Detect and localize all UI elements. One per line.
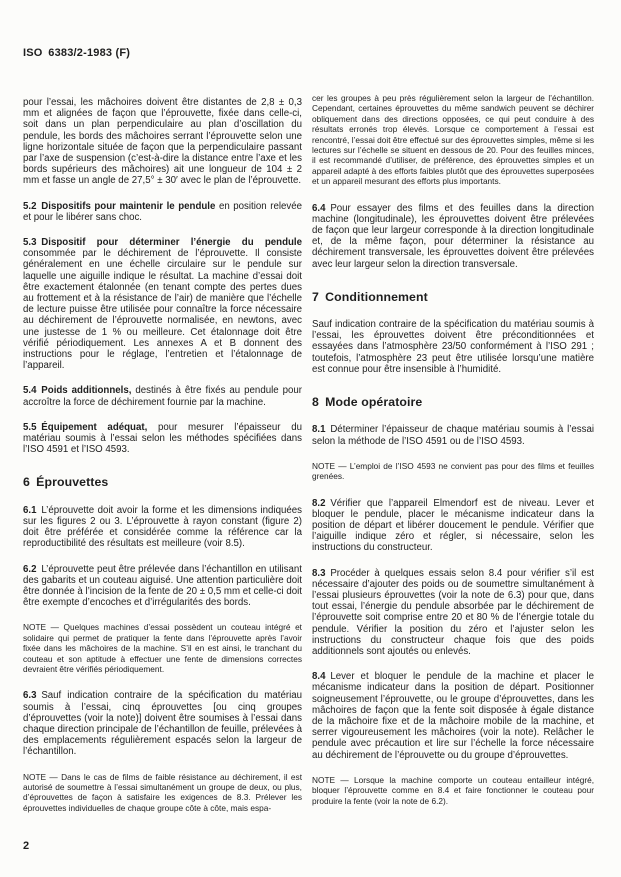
clause-text: Vérifier que l’appareil Elmendorf est de… xyxy=(312,498,594,554)
paragraph-intro-continuation: pour l’essai, les mâchoires doivent être… xyxy=(23,97,302,187)
clause-number: 6.4 xyxy=(312,203,325,214)
clause-text: Déterminer l’épaisseur de chaque matéria… xyxy=(312,424,594,446)
paragraph-8-2: 8.2 Vérifier que l’appareil Elmendorf es… xyxy=(312,498,594,554)
note-6-3-continuation: cer les groupes à peu près régulièrement… xyxy=(312,93,594,187)
clause-number: 8.4 xyxy=(312,671,325,682)
clause-lead: 5.5 Équipement adéquat, xyxy=(23,422,147,433)
left-column: pour l’essai, les mâchoires doivent être… xyxy=(23,97,302,829)
clause-text: Pour essayer des films et des feuilles d… xyxy=(312,203,594,270)
document-page: ISO 6383/2-1983 (F) pour l’essai, les mâ… xyxy=(0,0,621,877)
clause-number: 8.3 xyxy=(312,568,325,579)
clause-text: Procéder à quelques essais selon 8.4 pou… xyxy=(312,568,594,657)
paragraph-5-2: 5.2 Dispositifs pour maintenir le pendul… xyxy=(23,201,302,223)
right-column: cer les groupes à peu près régulièrement… xyxy=(312,93,594,822)
paragraph-6-4: 6.4 Pour essayer des films et des feuill… xyxy=(312,203,594,270)
paragraph-5-5: 5.5 Équipement adéquat, pour mesurer l’é… xyxy=(23,422,302,456)
clause-number: 8.1 xyxy=(312,424,325,435)
clause-number: 6.1 xyxy=(23,505,36,516)
paragraph-5-3: 5.3 Dispositif pour déterminer l’énergie… xyxy=(23,237,302,371)
paragraph-6-1: 6.1 L’éprouvette doit avoir la forme et … xyxy=(23,505,302,550)
note-6-2: NOTE — Quelques machines d’essai possède… xyxy=(23,622,302,674)
clause-lead: 5.2 Dispositifs pour maintenir le pendul… xyxy=(23,201,215,212)
clause-lead: 5.4 Poids additionnels, xyxy=(23,385,131,396)
paragraph-6-3: 6.3 Sauf indication contraire de la spéc… xyxy=(23,690,302,757)
paragraph-5-4: 5.4 Poids additionnels, destinés à être … xyxy=(23,385,302,407)
section-heading-8: 8 Mode opératoire xyxy=(312,397,594,408)
paragraph-text: Sauf indication contraire de la spécific… xyxy=(312,319,594,375)
clause-text: consommée par le déchirement de l’éprouv… xyxy=(23,248,302,371)
section-heading-6: 6 Éprouvettes xyxy=(23,477,302,488)
clause-text: L’éprouvette peut être prélevée dans l’é… xyxy=(23,564,302,609)
note-8-4: NOTE — Lorsque la machine comporte un co… xyxy=(312,775,594,806)
clause-lead: 5.3 Dispositif pour déterminer l’énergie… xyxy=(23,237,302,248)
paragraph-8-3: 8.3 Procéder à quelques essais selon 8.4… xyxy=(312,568,594,658)
clause-number: 6.2 xyxy=(23,564,36,575)
document-reference: ISO 6383/2-1983 (F) xyxy=(23,47,130,59)
clause-number: 6.3 xyxy=(23,690,36,701)
clause-text: Lever et bloquer le pendule de la machin… xyxy=(312,671,594,760)
paragraph-text: pour l’essai, les mâchoires doivent être… xyxy=(23,97,302,186)
paragraph-8-1: 8.1 Déterminer l’épaisseur de chaque mat… xyxy=(312,424,594,446)
paragraph-7: Sauf indication contraire de la spécific… xyxy=(312,319,594,375)
clause-number: 8.2 xyxy=(312,498,325,509)
section-heading-7: 7 Conditionnement xyxy=(312,292,594,303)
paragraph-6-2: 6.2 L’éprouvette peut être prélevée dans… xyxy=(23,564,302,609)
note-8-1: NOTE — L’emploi de l’ISO 4593 ne convien… xyxy=(312,461,594,482)
clause-text: L’éprouvette doit avoir la forme et les … xyxy=(23,505,302,550)
paragraph-8-4: 8.4 Lever et bloquer le pendule de la ma… xyxy=(312,671,594,761)
clause-text: Sauf indication contraire de la spécific… xyxy=(23,690,302,757)
note-6-3: NOTE — Dans le cas de films de faible ré… xyxy=(23,772,302,814)
page-number: 2 xyxy=(23,840,29,852)
